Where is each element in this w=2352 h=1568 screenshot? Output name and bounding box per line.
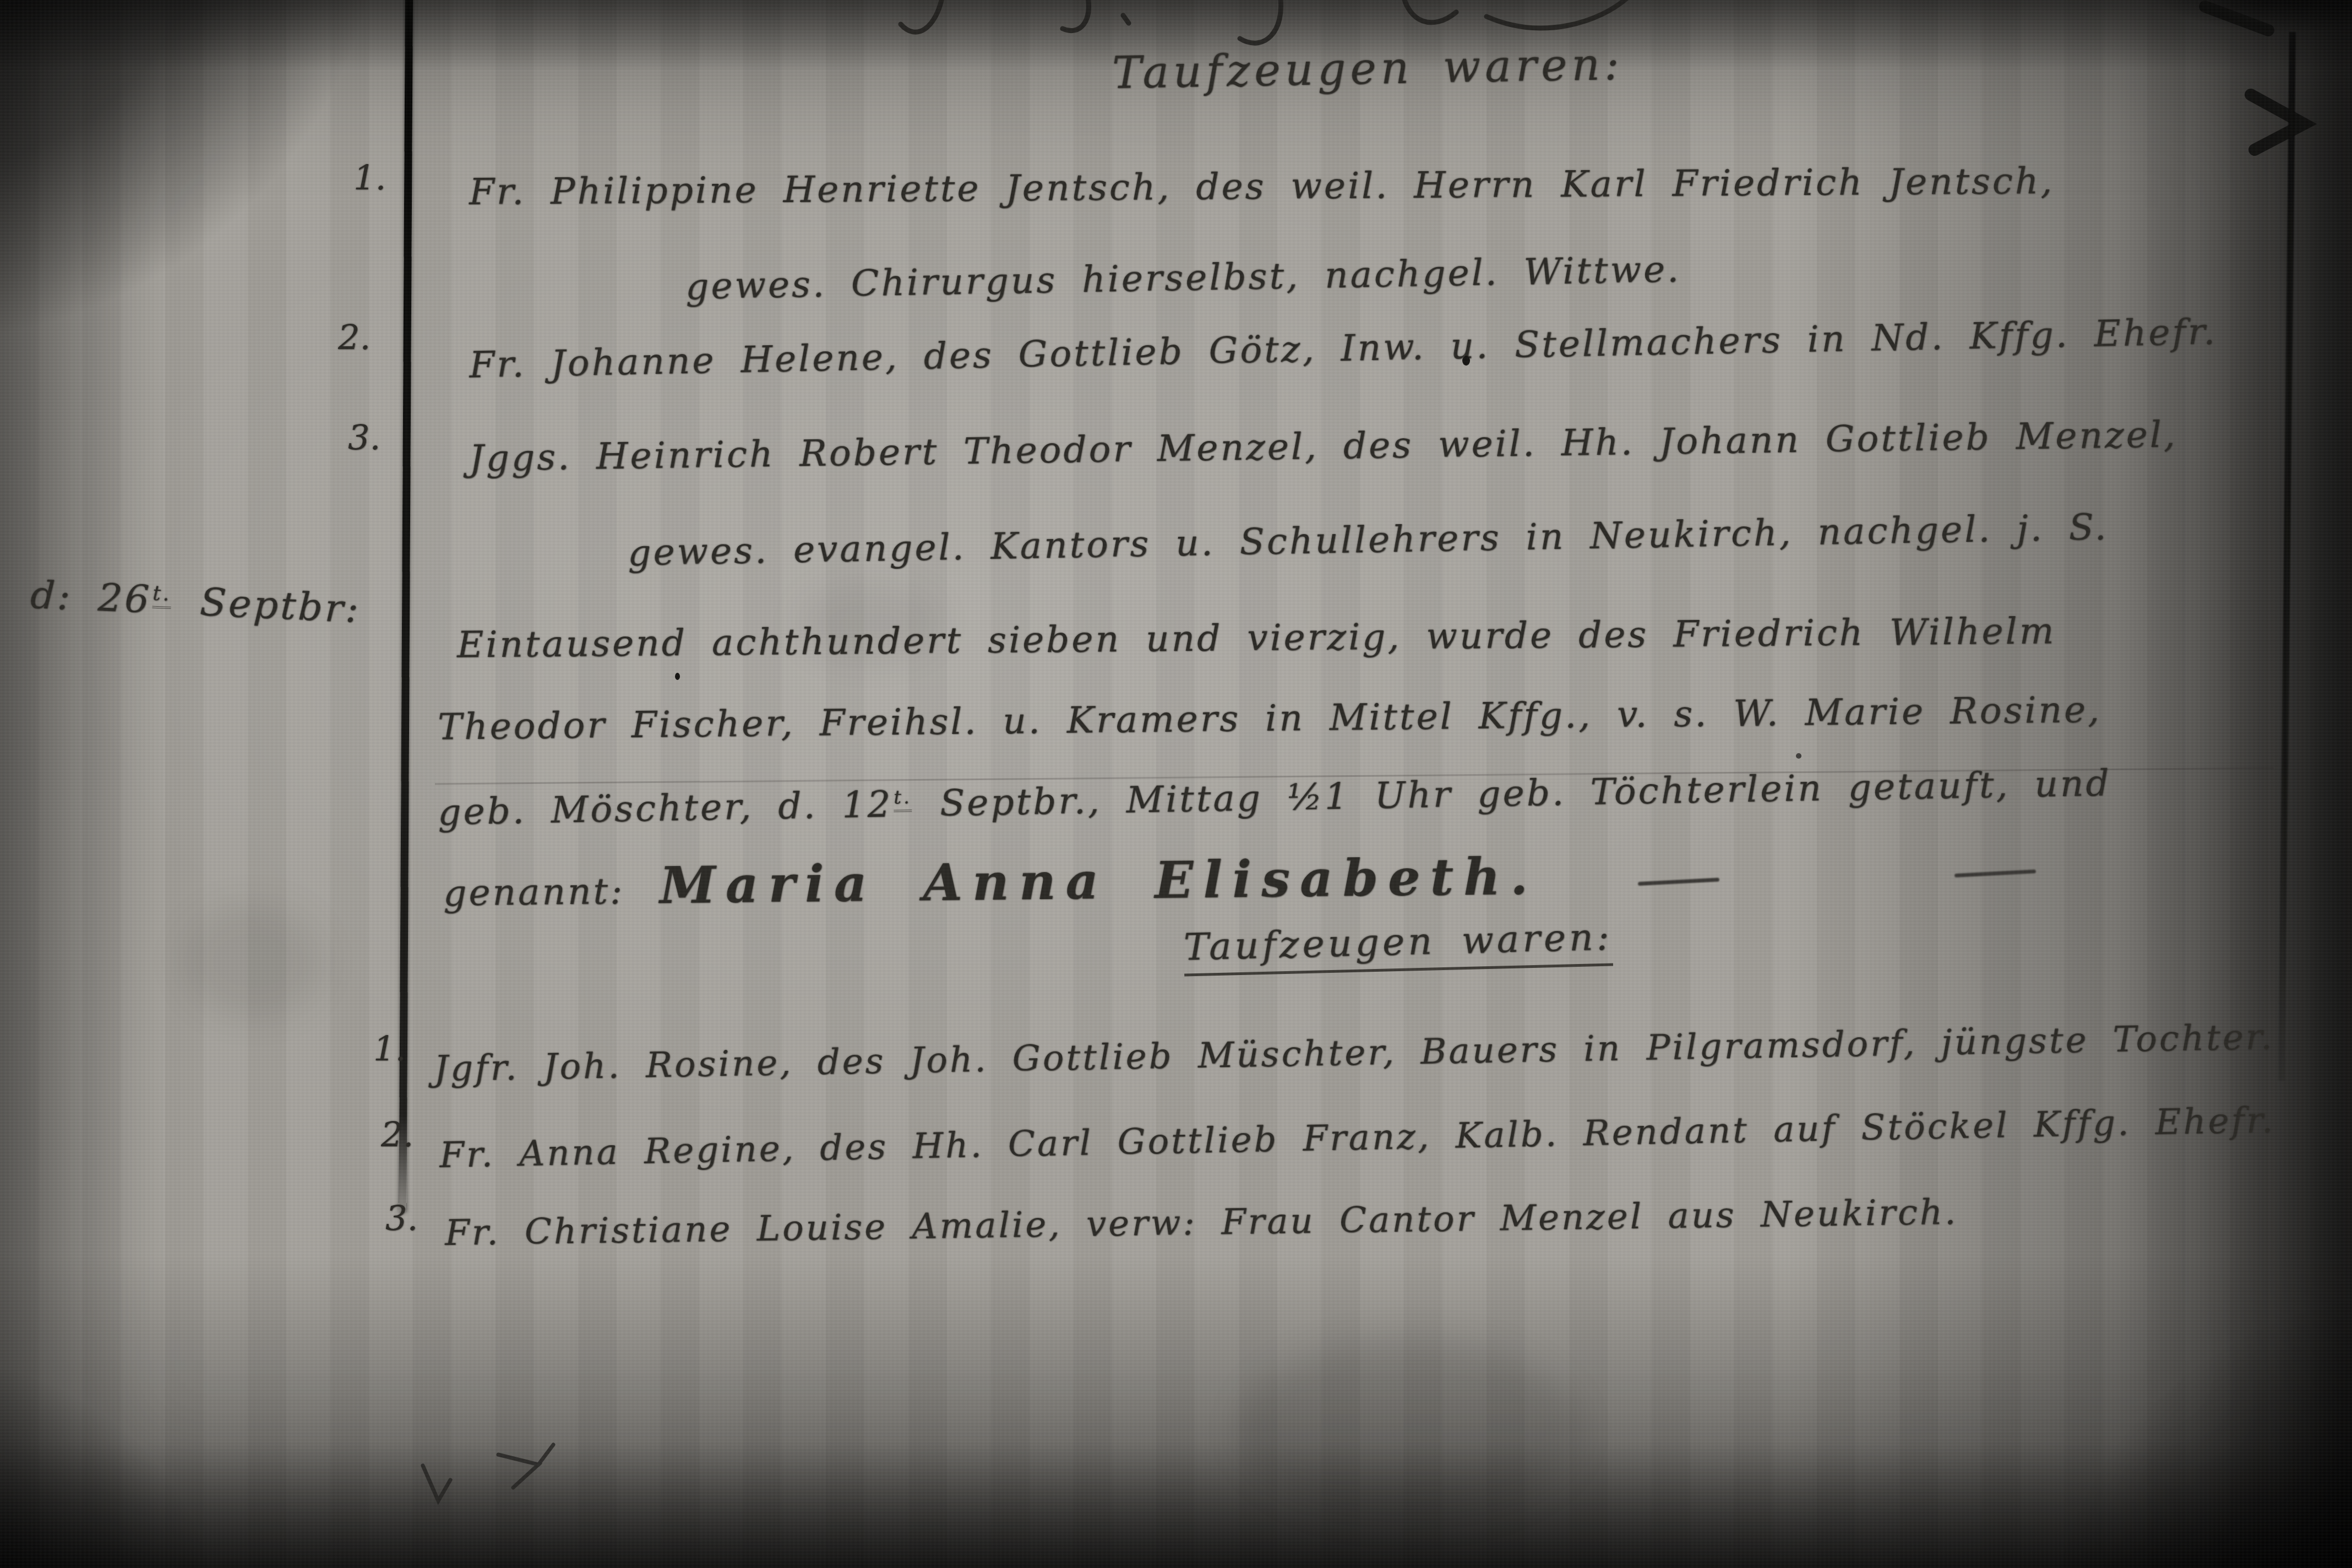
stray-pen-marks-bottom — [423, 1445, 553, 1501]
entry-line3-pre: geb. Möschter, d. 12 — [438, 783, 893, 833]
margin-date-ordinal: t. — [152, 581, 172, 608]
witness-entry-line: Jggs. Heinrich Robert Theodor Menzel, de… — [469, 413, 2178, 479]
register-page-scan: Taufzeugen waren: 1. Fr. Philippine Henr… — [0, 0, 2352, 1568]
witness-number: 1. — [373, 1028, 406, 1069]
witnesses-heading: Taufzeugen waren: — [1112, 39, 1624, 99]
witness-number: 2. — [338, 317, 371, 357]
right-page-edge-line — [2278, 32, 2296, 1081]
witness-entry-line: Jgfr. Joh. Rosine, des Joh. Gottlieb Müs… — [434, 1017, 2274, 1090]
ink-blot — [675, 673, 680, 680]
witness-number: 3. — [348, 417, 380, 458]
entry-line3-ordinal: t. — [894, 787, 912, 813]
filler-dash — [1638, 878, 1719, 886]
margin-date: d: 26t. Septbr: — [29, 572, 361, 631]
margin-date-prefix: d: — [29, 572, 73, 619]
entry-line: Theodor Fischer, Freihsl. u. Kramers in … — [438, 688, 2102, 748]
witness-number: 1. — [353, 157, 386, 198]
witness-entry-line: Fr. Johanne Helene, des Gottlieb Götz, I… — [469, 311, 2218, 386]
cropped-previous-line-descenders — [901, 0, 1629, 43]
witness-entry-line: gewes. evangel. Kantors u. Schullehrers … — [628, 506, 2109, 574]
witness-entry-line: Fr. Anna Regine, des Hh. Carl Gottlieb F… — [439, 1100, 2275, 1176]
witness-entry-line: Fr. Christiane Louise Amalie, verw: Frau… — [445, 1192, 1958, 1254]
paper-stain — [1239, 1338, 1580, 1520]
margin-date-day: 26 — [97, 575, 153, 622]
witness-number: 2. — [381, 1114, 413, 1155]
child-name: Maria Anna Elisabeth. — [659, 847, 1538, 916]
witnesses-heading-underlined: Taufzeugen waren: — [1183, 915, 1613, 976]
entry-line: geb. Möschter, d. 12t. Septbr., Mittag ½… — [438, 761, 2112, 833]
entry-line3-post: Septbr., Mittag ½1 Uhr geb. Töchterlein … — [939, 761, 2111, 824]
entry-name-line: genannt:Maria Anna Elisabeth. — [443, 847, 1538, 918]
ink-blot — [1462, 356, 1470, 366]
paper-stain — [182, 903, 325, 1019]
ink-blot — [1796, 753, 1801, 759]
witness-entry-line: gewes. Chirurgus hierselbst, nachgel. Wi… — [685, 248, 1681, 308]
paper-stain — [798, 584, 941, 661]
margin-date-month: Septbr: — [199, 579, 361, 631]
genannt-label: genannt: — [443, 870, 625, 914]
witness-number: 3. — [385, 1198, 418, 1238]
filler-dash — [1954, 869, 2036, 878]
entry-line: Eintausend achthundert sieben und vierzi… — [457, 609, 2056, 666]
witness-entry-line: Fr. Philippine Henriette Jentsch, des we… — [469, 160, 2055, 213]
